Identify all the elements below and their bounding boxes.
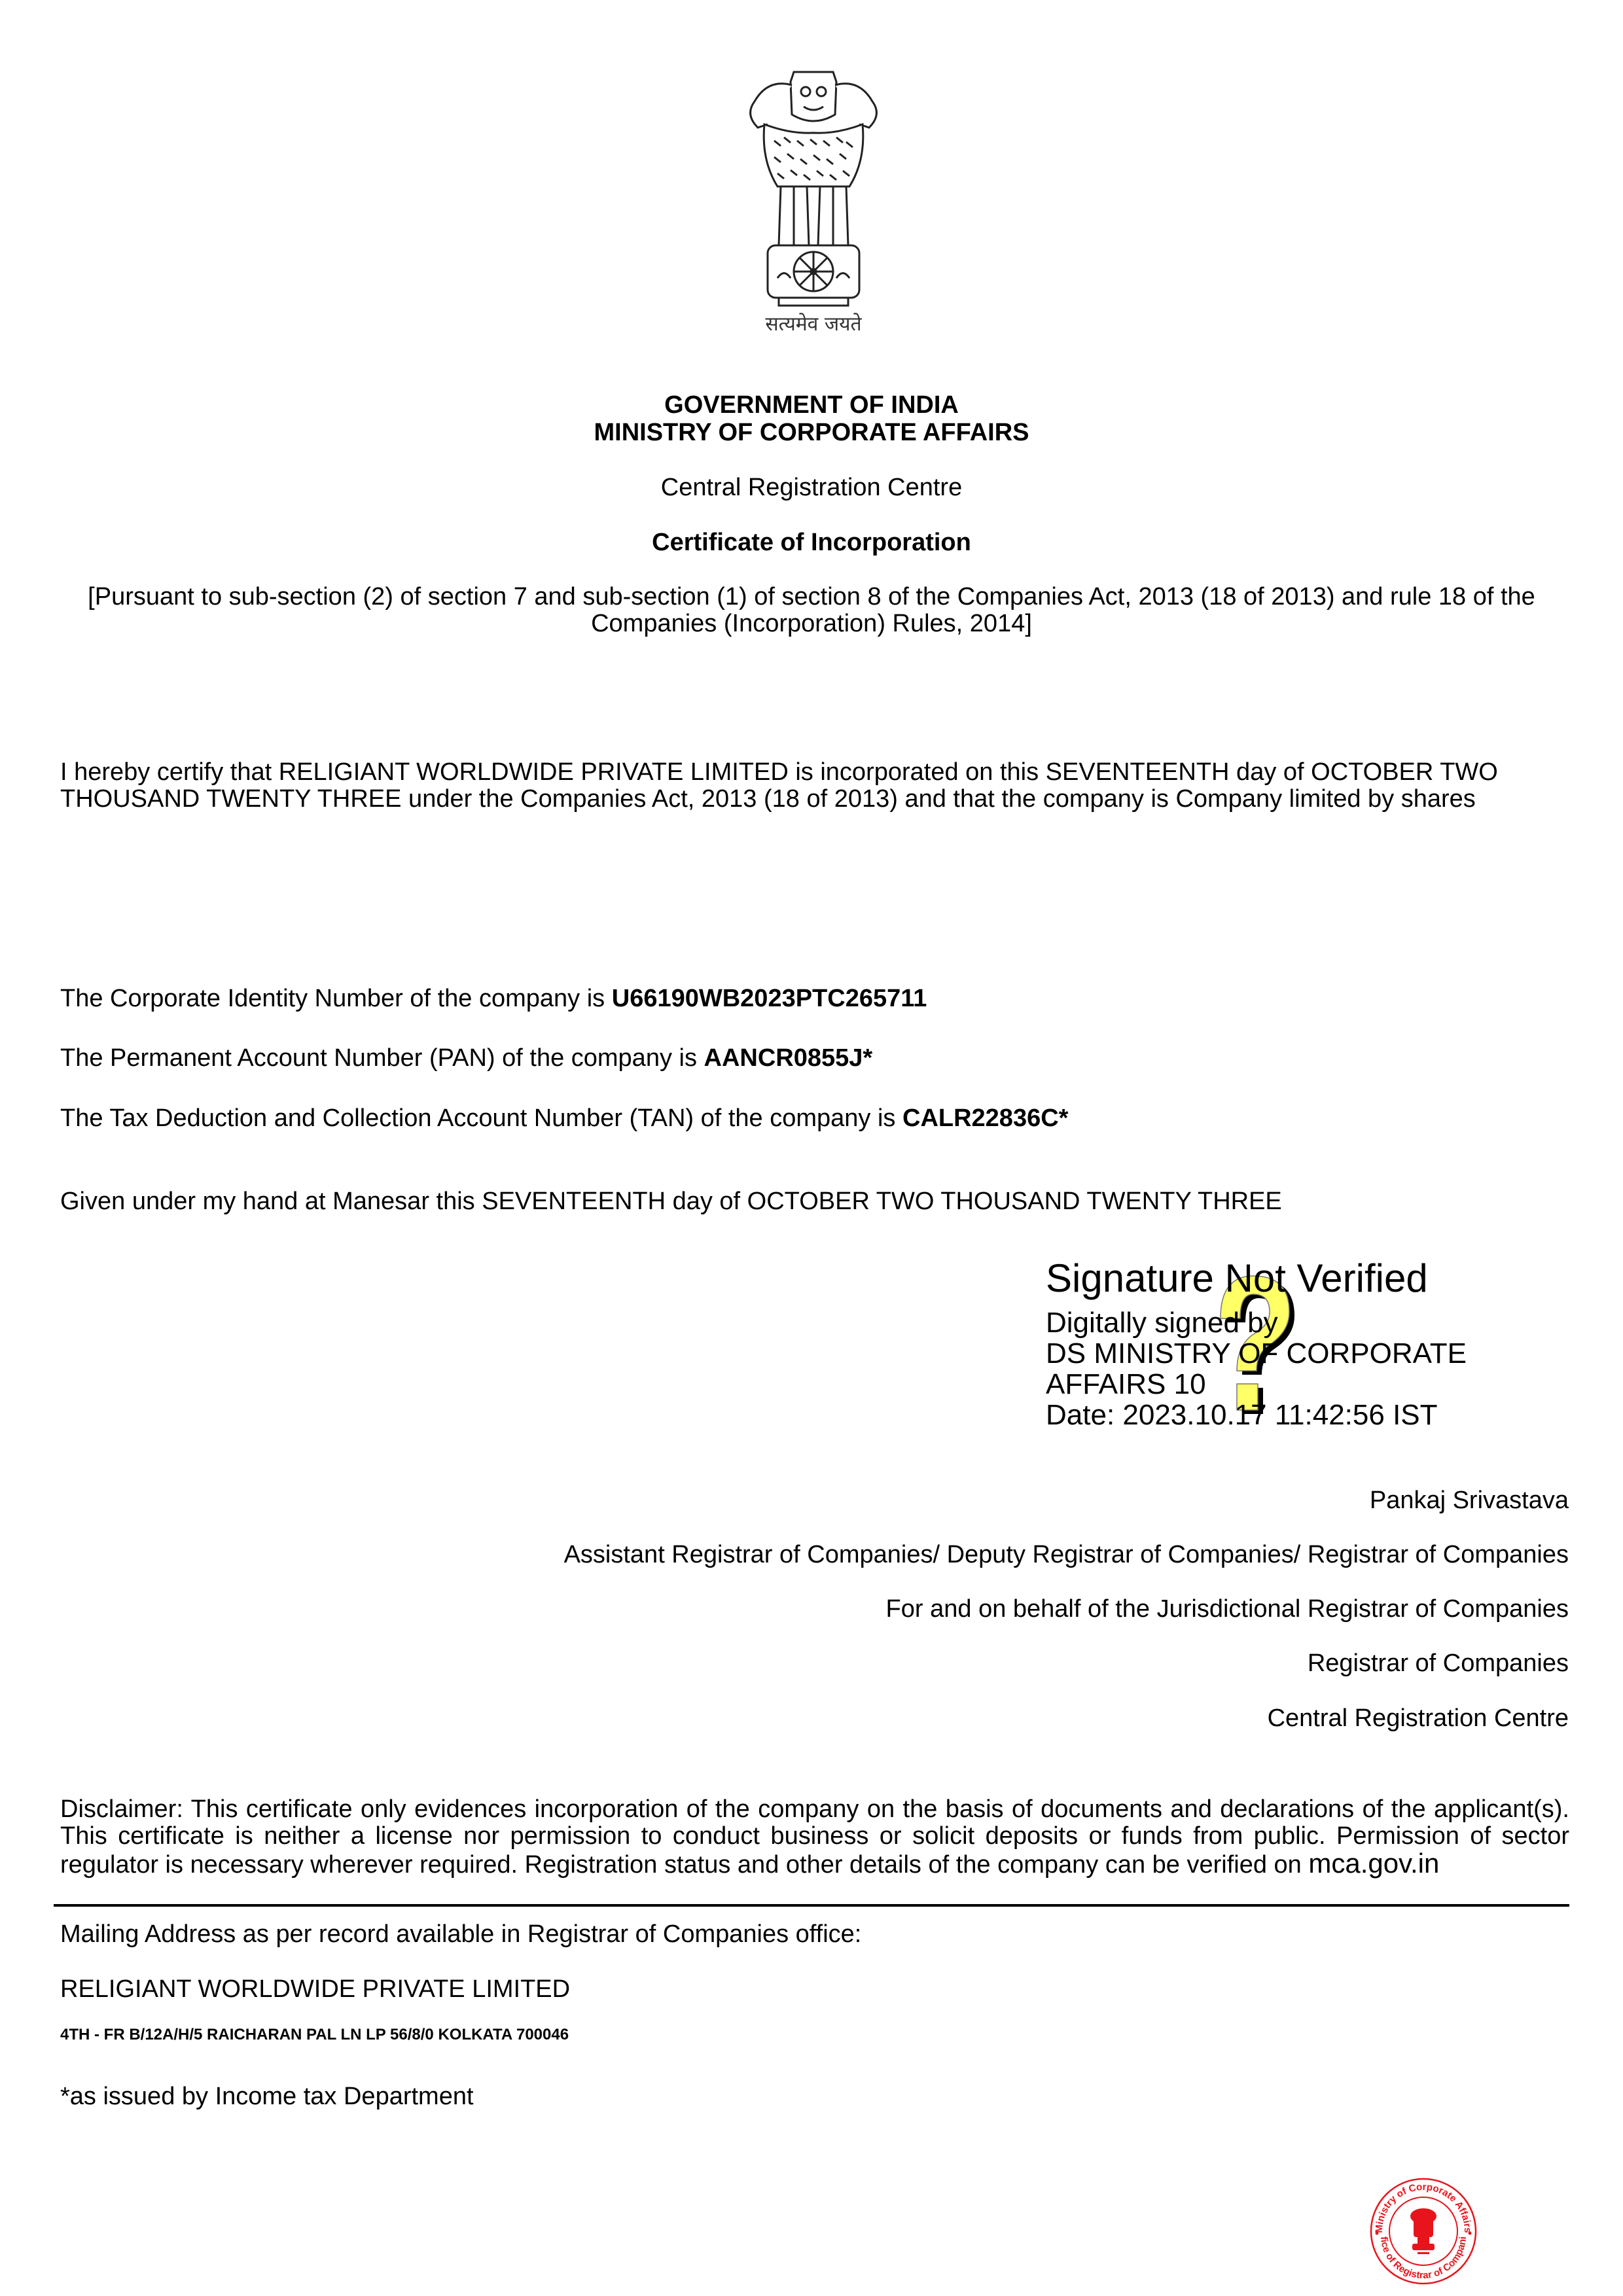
- cin-line: The Corporate Identity Number of the com…: [60, 985, 927, 1012]
- state-emblem-of-india-icon: सत्यमेव जयते: [732, 56, 895, 337]
- header-government: GOVERNMENT OF INDIA: [0, 391, 1623, 419]
- signature-details: Digitally signed by DS MINISTRY OF CORPO…: [1046, 1307, 1569, 1430]
- signature-date: Date: 2023.10.17 11:42:56 IST: [1046, 1400, 1569, 1430]
- signatory-registrar: Registrar of Companies: [1308, 1650, 1569, 1677]
- svg-text:सत्यमेव जयते: सत्यमेव जयते: [765, 313, 862, 336]
- signatory-role: Assistant Registrar of Companies/ Deputy…: [564, 1541, 1569, 1568]
- divider: [54, 1904, 1569, 1907]
- pan-line: The Permanent Account Number (PAN) of th…: [60, 1044, 872, 1072]
- disclaimer: Disclaimer: This certificate only eviden…: [60, 1796, 1569, 1879]
- tan-label: The Tax Deduction and Collection Account…: [60, 1104, 902, 1132]
- certification-text: I hereby certify that RELIGIANT WORLDWID…: [60, 759, 1572, 813]
- roc-seal-icon: Ministry of Corporate Affairs Office of …: [1368, 2176, 1479, 2287]
- cin-label: The Corporate Identity Number of the com…: [60, 985, 612, 1012]
- header-ministry: MINISTRY OF CORPORATE AFFAIRS: [0, 419, 1623, 446]
- signature-status: Signature Not Verified: [1046, 1256, 1569, 1301]
- mca-link[interactable]: mca.gov.in: [1308, 1848, 1439, 1879]
- signature-line: DS MINISTRY OF CORPORATE: [1046, 1338, 1569, 1369]
- tan-line: The Tax Deduction and Collection Account…: [60, 1104, 1068, 1132]
- pursuant-clause: [Pursuant to sub-section (2) of section …: [52, 584, 1571, 637]
- mailing-address-label: Mailing Address as per record available …: [60, 1920, 861, 1948]
- digital-signature-block[interactable]: Signature Not Verified Digitally signed …: [1046, 1256, 1569, 1430]
- cin-value: U66190WB2023PTC265711: [612, 985, 927, 1012]
- given-under-hand: Given under my hand at Manesar this SEVE…: [60, 1188, 1282, 1215]
- signature-line: AFFAIRS 10: [1046, 1369, 1569, 1400]
- mailing-company-name: RELIGIANT WORLDWIDE PRIVATE LIMITED: [60, 1975, 570, 2003]
- signatory-behalf: For and on behalf of the Jurisdictional …: [886, 1595, 1569, 1623]
- pan-label: The Permanent Account Number (PAN) of th…: [60, 1044, 704, 1072]
- pan-value: AANCR0855J*: [704, 1044, 873, 1072]
- mailing-address: 4TH - FR B/12A/H/5 RAICHARAN PAL LN LP 5…: [60, 2026, 569, 2044]
- signatory-name: Pankaj Srivastava: [1370, 1487, 1569, 1514]
- tan-value: CALR22836C*: [902, 1104, 1068, 1132]
- document-title: Certificate of Incorporation: [0, 529, 1623, 556]
- footnote: *as issued by Income tax Department: [60, 2083, 474, 2110]
- signatory-office: Central Registration Centre: [1268, 1704, 1569, 1732]
- signature-line: Digitally signed by: [1046, 1307, 1569, 1338]
- header-office: Central Registration Centre: [0, 474, 1623, 501]
